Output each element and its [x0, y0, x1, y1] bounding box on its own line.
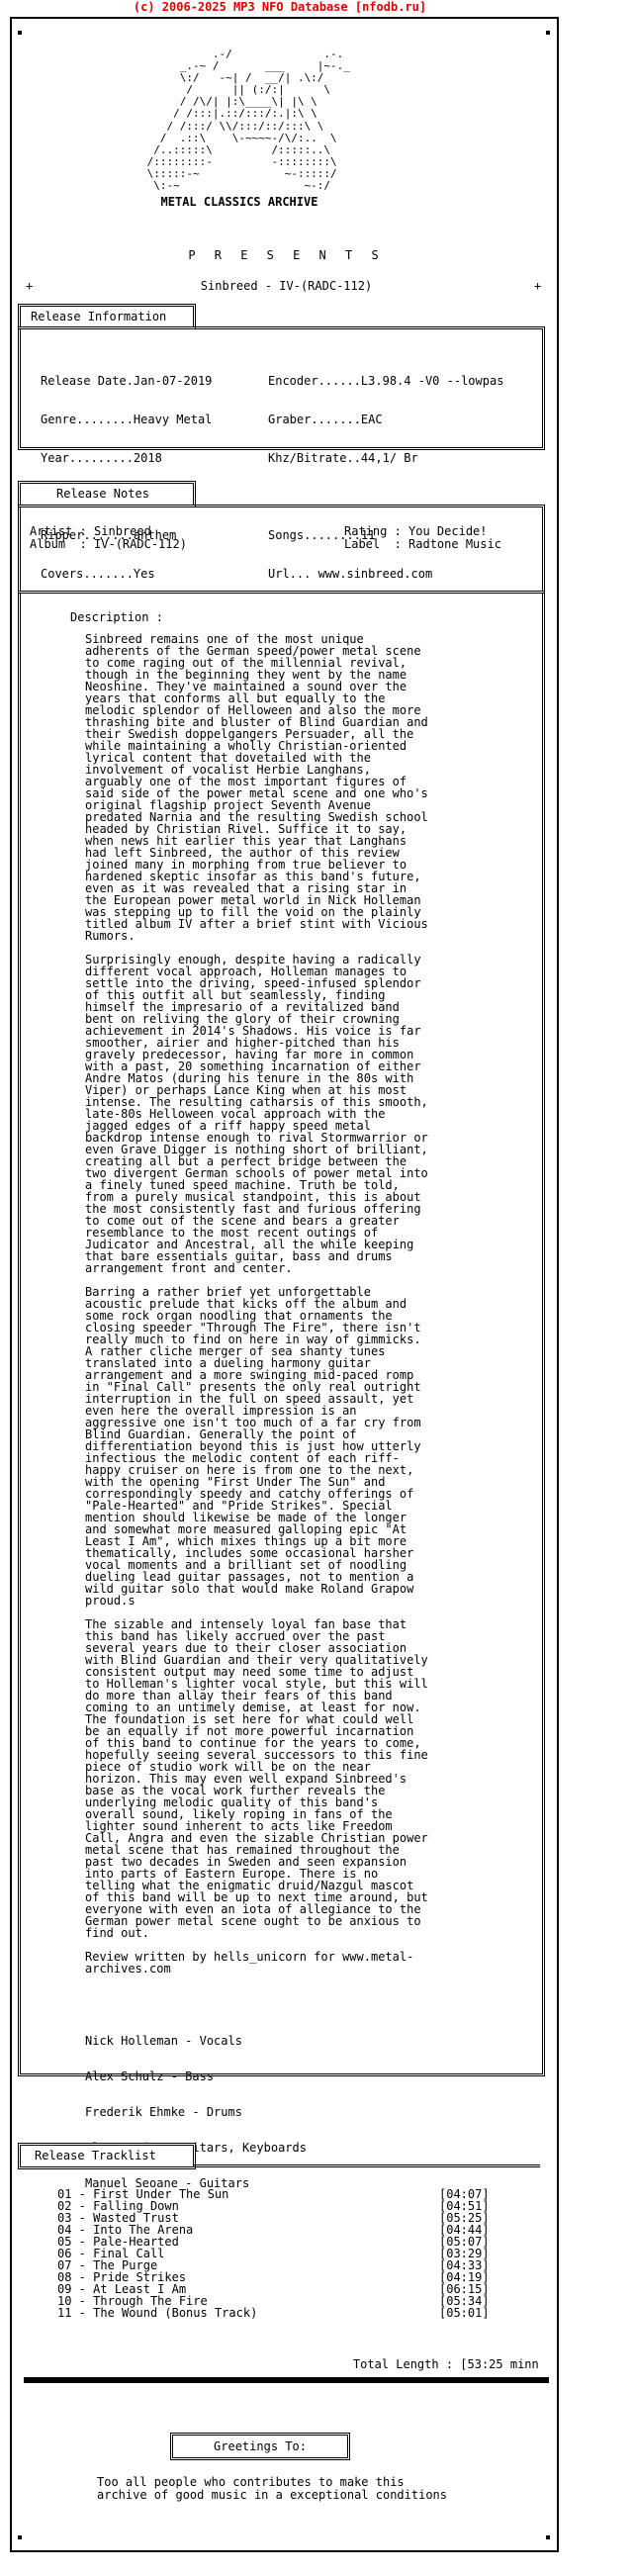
track-title: The Wound (Bonus Track) — [93, 2306, 257, 2320]
corner-marker — [18, 31, 22, 35]
tracklist-divider — [194, 2164, 540, 2167]
greetings-box: Greetings To: — [170, 2433, 350, 2460]
greetings-text: Too all people who contributes to make t… — [97, 2476, 447, 2502]
artist-value: Sinbreed — [94, 524, 151, 538]
track-row: 11 - The Wound (Bonus Track)[05:01] — [57, 2307, 483, 2319]
total-length-value: [53:25 minn — [460, 2357, 538, 2371]
release-notes-body-box: Description : Sinbreed remains one of th… — [18, 591, 545, 2076]
copyright-banner: (c) 2006-2025 MP3 NFO Database [nfodb.ru… — [0, 0, 560, 14]
rating-value: You Decide! — [408, 524, 487, 538]
lineup-member: Nick Holleman - Vocals — [85, 2035, 307, 2047]
release-notes-header-box: Artist : Sinbreed Album : IV-(RADC-112) … — [18, 505, 545, 594]
ascii-art: .-/ .-. _.-~ / ___ |~-._ \:/ -~| / __/| … — [140, 48, 350, 192]
lineup-member: Alex Schulz - Bass — [85, 2070, 307, 2082]
tab-label: Release Notes — [56, 487, 149, 501]
lineup-member: Frederik Ehmke - Drums — [85, 2106, 307, 2118]
nfo-frame: .-/ .-. _.-~ / ___ |~-._ \:/ -~| / __/| … — [10, 17, 559, 2552]
presents-heading: P R E S E N T S — [12, 248, 561, 262]
bullet-right: + — [534, 279, 541, 293]
corner-marker — [546, 31, 550, 35]
release-information-box: Release Date.Jan-07-2019 Genre........He… — [18, 326, 545, 450]
track-number: 11 — [57, 2306, 71, 2320]
brand-name: METAL CLASSICS ARCHIVE — [12, 195, 467, 209]
release-title: Sinbreed - IV-(RADC-112) — [12, 279, 561, 293]
corner-marker — [546, 2535, 550, 2539]
lineup: Nick Holleman - Vocals Alex Schulz - Bas… — [85, 2011, 307, 2213]
greetings-heading: Greetings To: — [214, 2439, 307, 2453]
album-line: Album : IV-(RADC-112) — [30, 538, 187, 551]
tab-label: Release Information — [31, 310, 166, 323]
description-heading: Description : — [70, 611, 163, 624]
label-line: Label : Radtone Music — [344, 538, 501, 551]
info-row: Encoder......L3.98.4 -V0 --lowpas — [268, 375, 503, 388]
tab-release-tracklist: Release Tracklist — [18, 2143, 196, 2169]
info-row: Genre........Heavy Metal — [41, 414, 212, 426]
info-row: Khz/Bitrate..44,1/ Br — [268, 452, 503, 465]
info-row: Graber.......EAC — [268, 414, 503, 426]
album-value: IV-(RADC-112) — [94, 537, 187, 551]
tab-label: Release Tracklist — [35, 2149, 156, 2162]
info-row: Year.........2018 — [41, 452, 212, 465]
info-row — [268, 491, 503, 504]
track-length: [05:01] — [439, 2307, 490, 2319]
description-text: Sinbreed remains one of the most unique … — [85, 633, 428, 1975]
section-divider — [24, 2377, 549, 2383]
tab-release-notes: Release Notes — [18, 481, 196, 507]
corner-marker — [18, 2535, 22, 2539]
info-row: Release Date.Jan-07-2019 — [41, 375, 212, 388]
tracklist: 01 - First Under The Sun[04:07]02 - Fall… — [57, 2188, 483, 2319]
label-value: Radtone Music — [408, 537, 501, 551]
